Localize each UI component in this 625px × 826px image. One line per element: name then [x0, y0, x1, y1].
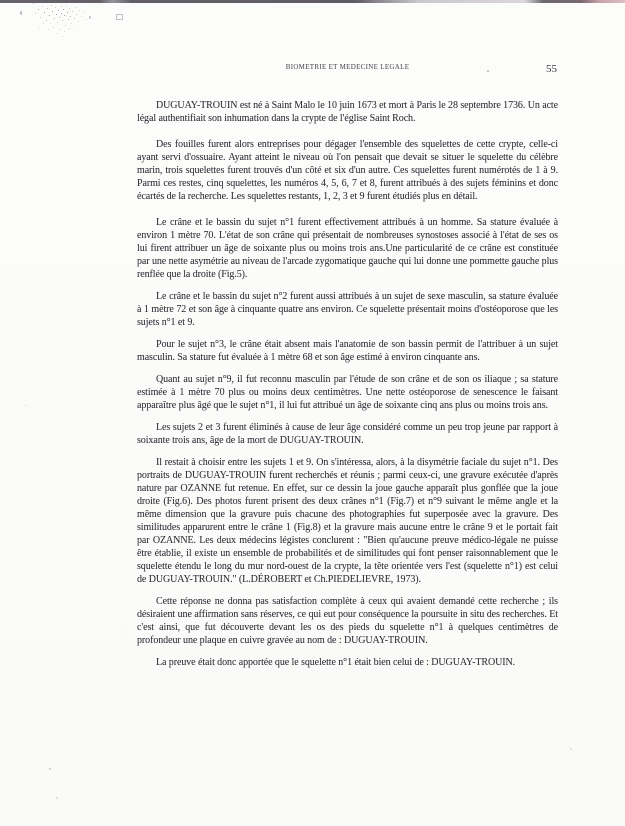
running-header: BIOMETRIE ET MEDECINE LEGALE 55 — [137, 63, 558, 71]
scan-speck — [20, 11, 22, 15]
scan-speck — [56, 797, 58, 799]
scan-speck — [89, 16, 91, 19]
page-number: 55 — [546, 63, 557, 75]
paragraph-excavation: Des fouilles furent alors entreprises po… — [137, 138, 558, 203]
running-header-title: BIOMETRIE ET MEDECINE LEGALE — [137, 63, 558, 71]
document-body: DUGUAY-TROUIN est né à Saint Malo le 10 … — [137, 99, 558, 678]
scan-speck — [49, 768, 51, 770]
paragraph-subject-3: Pour le sujet n°3, le crâne était absent… — [137, 338, 558, 364]
paragraph-subject-2: Le crâne et le bassin du sujet n°2 furen… — [137, 290, 558, 329]
scan-smudge — [33, 3, 34, 4]
paragraph-conclusion: La preuve était donc apportée que le squ… — [137, 656, 558, 669]
paragraph-plaque: Cette réponse ne donna pas satisfaction … — [137, 595, 558, 647]
paragraph-subject-1: Le crâne et le bassin du sujet n°1 furen… — [137, 216, 558, 281]
paragraph-birth-death: DUGUAY-TROUIN est né à Saint Malo le 10 … — [137, 99, 558, 125]
scan-edge-artifact — [0, 0, 625, 3]
scan-speck — [570, 748, 572, 750]
scan-speck — [116, 14, 123, 20]
paragraph-elimination: Les sujets 2 et 3 furent éliminés à caus… — [137, 421, 558, 447]
paragraph-comparison: Il restait à choisir entre les sujets 1 … — [137, 456, 558, 586]
paragraph-subject-9: Quant au sujet n°9, il fut reconnu mascu… — [137, 373, 558, 412]
scan-speck — [25, 405, 27, 406]
